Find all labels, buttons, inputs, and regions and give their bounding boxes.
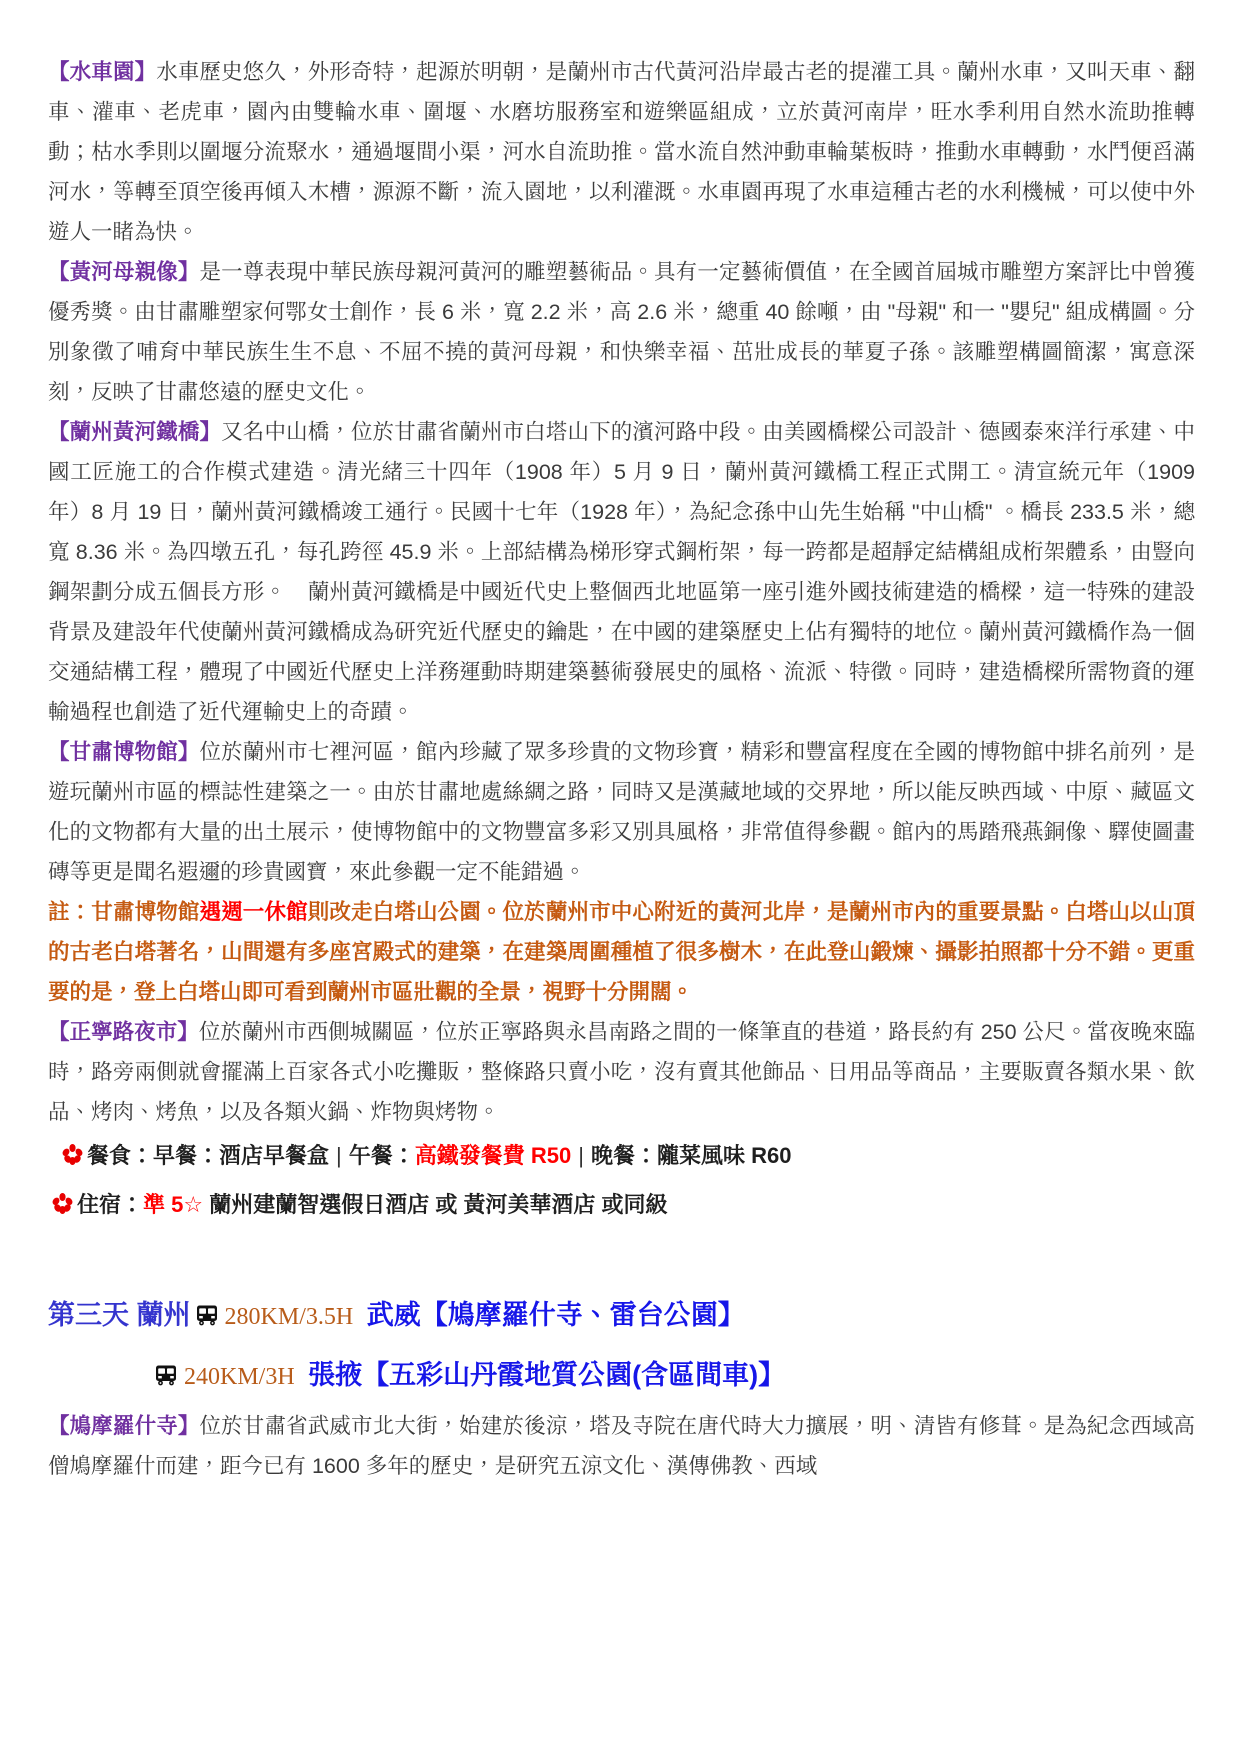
entry-title: 【正寧路夜市】 (48, 1020, 199, 1044)
distance-duration-text: 280KM/3.5H (223, 1304, 360, 1330)
hotel-names-text: 蘭州建蘭智選假日酒店 或 黃河美華酒店 或同級 (203, 1192, 667, 1217)
entry-title: 【甘肅博物館】 (48, 740, 200, 764)
entry-body: 位於蘭州市七裡河區，館內珍藏了眾多珍貴的文物珍寶，精彩和豐富程度在全國的博物館中… (48, 740, 1195, 884)
entry-body: 位於甘肅省武威市北大街，始建於後涼，塔及寺院在唐代時大力擴展，明、清皆有修葺。是… (48, 1414, 1195, 1478)
flower-bullet-icon (52, 1183, 73, 1230)
bus-icon (195, 1288, 219, 1346)
hotel-rating-text: 準 5☆ (143, 1192, 203, 1217)
day3-heading-line1: 第三天 蘭州280KM/3.5H 武威【鳩摩羅什寺、雷台公園】 (48, 1286, 1195, 1346)
entry-body: 位於蘭州市西側城關區，位於正寧路與永昌南路之間的一條筆直的巷道，路長約有 250… (48, 1020, 1195, 1124)
document-body: 【水車園】水車歷史悠久，外形奇特，起源於明朝，是蘭州市古代黃河沿岸最古老的提灌工… (48, 52, 1195, 1486)
destination-text: 張掖【五彩山丹霞地質公園(含區間車)】 (301, 1360, 785, 1390)
entry-yellow-river-mother-statue: 【黃河母親像】是一尊表現中華民族母親河黃河的雕塑藝術品。具有一定藝術價值，在全國… (48, 252, 1195, 412)
entry-title: 【鳩摩羅什寺】 (48, 1414, 200, 1438)
note-baita-mountain-alternative: 註：甘肅博物館遇週一休館則改走白塔山公園。位於蘭州市中心附近的黃河北岸，是蘭州市… (48, 892, 1195, 1012)
meals-line: 餐食：早餐：酒店早餐盒|午餐：高鐵發餐費 R50|晚餐：隴菜風味 R60 (48, 1132, 1195, 1181)
entry-title: 【黃河母親像】 (48, 260, 200, 284)
destination-text: 武威【鳩摩羅什寺、雷台公園】 (359, 1300, 745, 1330)
entry-body: 水車歷史悠久，外形奇特，起源於明朝，是蘭州市古代黃河沿岸最古老的提灌工具。蘭州水… (48, 60, 1195, 244)
document-page: 【水車園】水車歷史悠久，外形奇特，起源於明朝，是蘭州市古代黃河沿岸最古老的提灌工… (0, 0, 1241, 1755)
breakfast-text: 餐食：早餐：酒店早餐盒 (87, 1143, 329, 1168)
entry-water-wheel-park: 【水車園】水車歷史悠久，外形奇特，起源於明朝，是蘭州市古代黃河沿岸最古老的提灌工… (48, 52, 1195, 252)
entry-body: 是一尊表現中華民族母親河黃河的雕塑藝術品。具有一定藝術價值，在全國首屆城市雕塑方… (48, 260, 1195, 404)
day3-heading-line2: 240KM/3H 張掖【五彩山丹霞地質公園(含區間車)】 (48, 1346, 1195, 1406)
entry-kumarajiva-temple: 【鳩摩羅什寺】位於甘肅省武威市北大街，始建於後涼，塔及寺院在唐代時大力擴展，明、… (48, 1406, 1195, 1486)
separator-bar: | (329, 1143, 349, 1168)
bus-icon (154, 1348, 178, 1406)
entry-lanzhou-yellow-river-iron-bridge: 【蘭州黃河鐵橋】又名中山橋，位於甘肅省蘭州市白塔山下的濱河路中段。由美國橋樑公司… (48, 412, 1195, 732)
lodging-line: 住宿：準 5☆ 蘭州建蘭智選假日酒店 或 黃河美華酒店 或同級 (48, 1181, 1195, 1230)
separator-bar: | (571, 1143, 591, 1168)
distance-duration-text: 240KM/3H (182, 1364, 301, 1390)
day-number-label: 第三天 蘭州 (48, 1300, 191, 1330)
lunch-label: 午餐： (349, 1143, 415, 1168)
entry-zhengning-road-night-market: 【正寧路夜市】位於蘭州市西側城關區，位於正寧路與永昌南路之間的一條筆直的巷道，路… (48, 1012, 1195, 1132)
dinner-text: 晚餐：隴菜風味 R60 (591, 1143, 791, 1168)
entry-body: 又名中山橋，位於甘肅省蘭州市白塔山下的濱河路中段。由美國橋樑公司設計、德國泰來洋… (48, 420, 1201, 724)
entry-gansu-museum: 【甘肅博物館】位於蘭州市七裡河區，館內珍藏了眾多珍貴的文物珍寶，精彩和豐富程度在… (48, 732, 1195, 892)
lodging-label: 住宿： (77, 1192, 143, 1217)
lunch-allowance-text: 高鐵發餐費 R50 (415, 1143, 571, 1168)
note-closed-monday-text: 遇週一休館 (200, 900, 308, 924)
entry-title: 【蘭州黃河鐵橋】 (48, 420, 221, 444)
flower-bullet-icon (62, 1134, 83, 1181)
note-text: 註：甘肅博物館 (48, 900, 200, 924)
entry-title: 【水車園】 (48, 60, 156, 84)
